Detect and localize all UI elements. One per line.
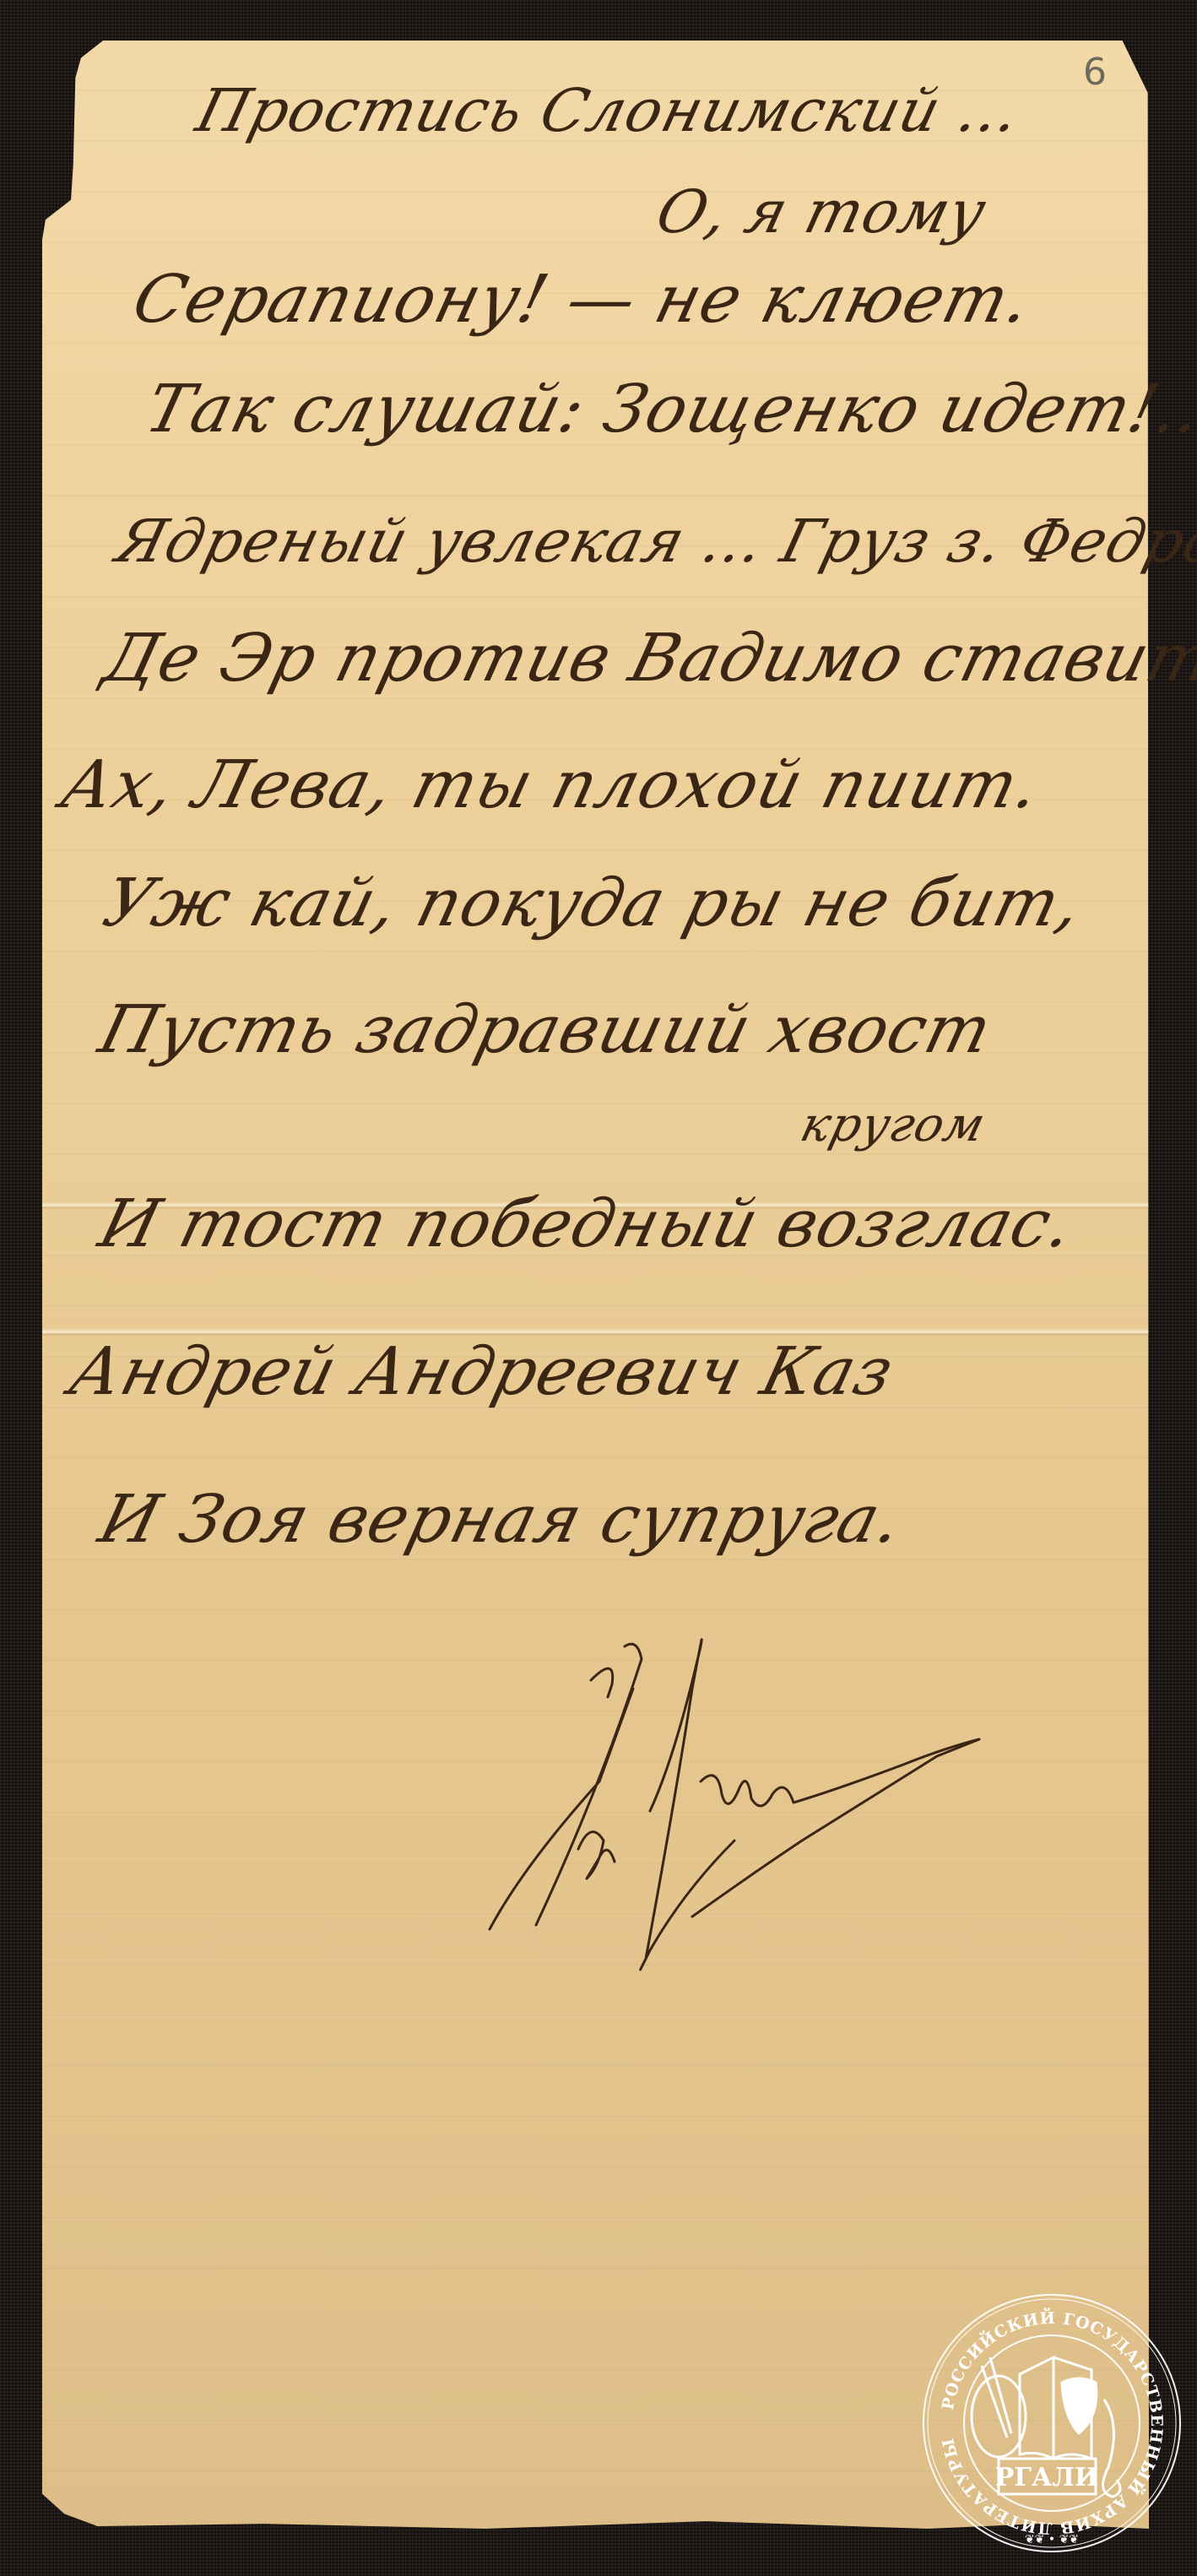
manuscript-line-9: Пусть задравший хвост bbox=[92, 992, 999, 1068]
stamp-ring-text: РОССИЙСКИЙ ГОСУДАРСТВЕННЫЙ АРХИВ ЛИТЕРАТ… bbox=[918, 2290, 1166, 2537]
manuscript-insertion: кругом bbox=[795, 1098, 991, 1152]
manuscript-line-1: Простись Слонимский … bbox=[190, 76, 1028, 145]
manuscript-line-5: Ядреный увлекая … Груз з. Федров, bbox=[110, 507, 1197, 576]
manuscript-line-10: И тост победный возглас. bbox=[92, 1186, 1081, 1262]
stamp-center-text: РГАЛИ bbox=[995, 2463, 1099, 2492]
signature: Лев Лунц bbox=[397, 1587, 1038, 1976]
rgali-archive-stamp: РОССИЙСКИЙ ГОСУДАРСТВЕННЫЙ АРХИВ ЛИТЕРАТ… bbox=[918, 2290, 1185, 2557]
manuscript-line-12: И Зоя верная супруга. bbox=[92, 1482, 910, 1558]
folio-number: 6 bbox=[1083, 51, 1107, 94]
manuscript-line-8: Уж кай, покуда ры не бит, bbox=[96, 865, 1090, 941]
manuscript-line-3: Серапиону! — не клюет. bbox=[126, 262, 1039, 338]
manuscript-line-4: Так слушай: Зощенко идет!.. bbox=[138, 371, 1197, 447]
treble-clef-icon bbox=[1103, 2400, 1120, 2497]
manuscript-line-2: О, я тому bbox=[650, 177, 994, 247]
manuscript-line-7: Ах, Лева, ты плохой пиит. bbox=[54, 747, 1048, 823]
manuscript-line-6: Де Эр против Вадимо ставит. bbox=[96, 621, 1197, 697]
manuscript-line-11: Андрей Андреевич Каз bbox=[62, 1334, 902, 1410]
laurel-icon: ❦❦ • ❦❦ bbox=[1025, 2533, 1079, 2546]
